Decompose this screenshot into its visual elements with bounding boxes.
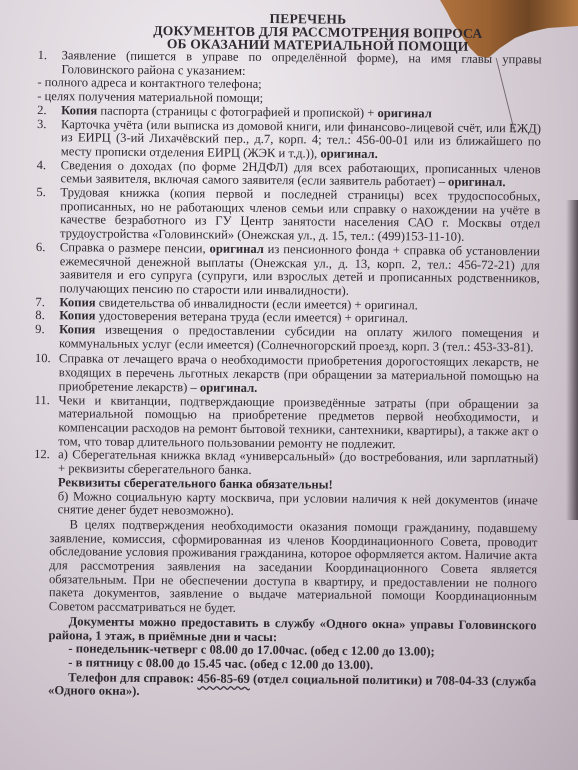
item-number: 12. bbox=[30, 448, 59, 517]
item-number: 9. bbox=[31, 323, 59, 351]
edge-shadow bbox=[566, 200, 578, 520]
phone-line: Телефон для справок: 456-85-69 (отдел со… bbox=[28, 671, 536, 703]
item-number: 4. bbox=[32, 159, 60, 187]
document-title: ПЕРЕЧЕНЬ ДОКУМЕНТОВ ДЛЯ РАССМОТРЕНИЯ ВОП… bbox=[34, 10, 542, 53]
inspection-paragraph: В целях подтверждения необходимости оказ… bbox=[29, 518, 538, 618]
documents-list: 1. Заявление (пишется в управе по опреде… bbox=[30, 49, 542, 521]
list-item-1: 1. Заявление (пишется в управе по опреде… bbox=[33, 49, 541, 108]
item-text: Заявление (пишется в управе по определён… bbox=[61, 48, 541, 77]
item-number: 10. bbox=[31, 352, 59, 393]
item-number: 5. bbox=[32, 186, 60, 241]
list-item-12: 12. а) Сберегательная книжка вклад «унив… bbox=[30, 448, 539, 521]
bold-text: Копия bbox=[59, 322, 95, 336]
item-text: Трудовая книжка (копия первой и последне… bbox=[60, 185, 540, 244]
item-text: Чеки и квитанции, подтверждающие произве… bbox=[58, 393, 538, 451]
bold-text: Копия bbox=[61, 103, 97, 117]
item-text-b: б) Можно социальную карту москвича, при … bbox=[58, 490, 538, 522]
phone-number: 456-85-69 bbox=[197, 671, 250, 685]
phone-label: Телефон для справок: bbox=[68, 670, 197, 685]
bold-text: оригинал. bbox=[448, 175, 506, 190]
list-item-5: 5. Трудовая книжка (копия первой и после… bbox=[32, 186, 540, 245]
item-number: 3. bbox=[33, 118, 61, 159]
item-text: Справка от лечащего врача о необходимост… bbox=[59, 352, 539, 395]
item-text: Карточка учёта (или выписка из домовой к… bbox=[61, 117, 541, 161]
document: ПЕРЕЧЕНЬ ДОКУМЕНТОВ ДЛЯ РАССМОТРЕНИЯ ВОП… bbox=[28, 10, 542, 702]
bold-text: оригинал bbox=[210, 241, 264, 255]
list-item-6: 6. Справка о размере пенсии, оригинал из… bbox=[32, 241, 540, 300]
item-number: 11. bbox=[30, 394, 58, 449]
bold-text: Копия bbox=[59, 295, 95, 309]
bold-text: оригинал bbox=[377, 106, 431, 120]
list-item-11: 11. Чеки и квитанции, подтверждающие про… bbox=[30, 394, 538, 453]
bold-text: оригинал. bbox=[320, 146, 378, 161]
bold-text: Копия bbox=[59, 309, 95, 323]
list-item-9: 9. Копия извещения о предоставлении субс… bbox=[31, 323, 539, 355]
item-text: извещения о предоставлении субсидии на о… bbox=[59, 323, 539, 355]
item-number: 6. bbox=[32, 241, 60, 296]
item-number: 2. bbox=[33, 104, 61, 118]
bold-text: оригинал. bbox=[200, 380, 258, 395]
list-item-3: 3. Карточка учёта (или выписка из домово… bbox=[33, 118, 541, 164]
list-item-10: 10. Справка от лечащего врача о необходи… bbox=[31, 352, 539, 398]
